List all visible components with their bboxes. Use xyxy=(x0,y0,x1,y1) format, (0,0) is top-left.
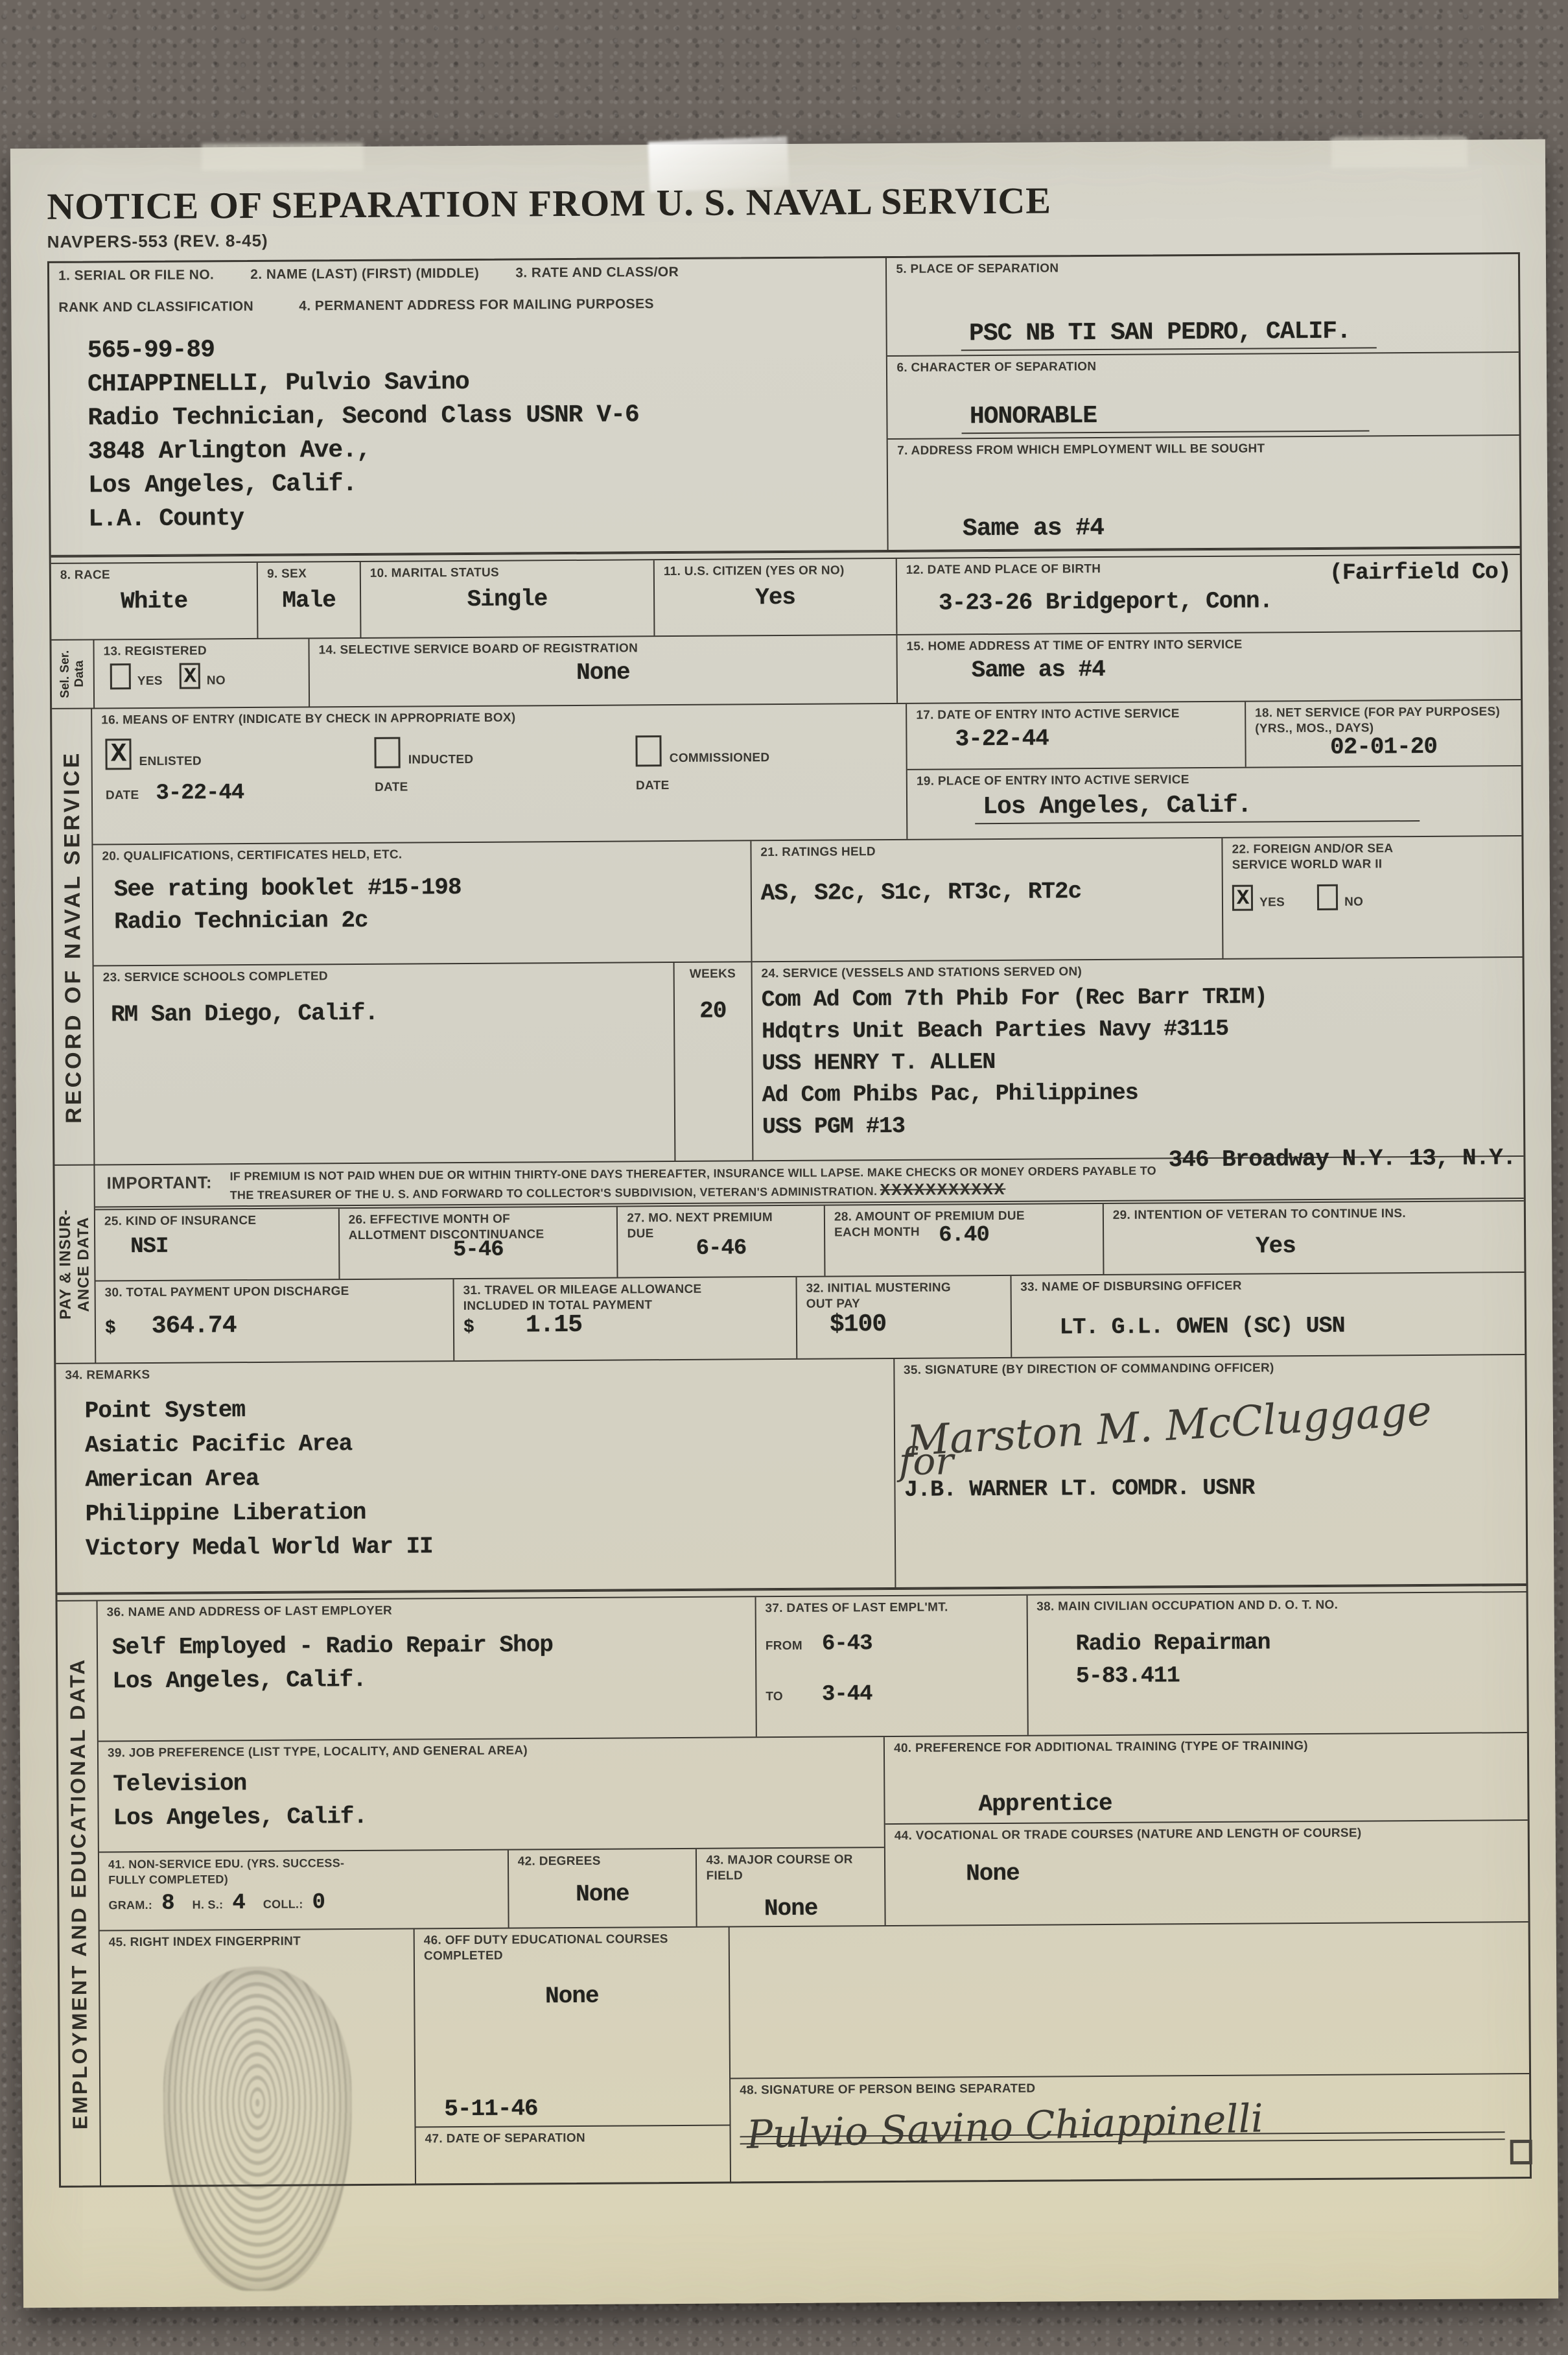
struck-out-text: XXXXXXXXXXX xyxy=(880,1180,1006,1200)
field-21-ratings: 21. RATINGS HELD AS, S2c, S1c, RT3c, RT2… xyxy=(750,838,1222,961)
value-11-citizen: Yes xyxy=(664,584,887,611)
field-23-schools: 23. SERVICE SCHOOLS COMPLETED RM San Die… xyxy=(94,963,675,1164)
label-no: NO xyxy=(207,673,226,689)
label-27: 27. MO. NEXT PREMIUM xyxy=(627,1210,815,1227)
value-24-line2: Hdqtrs Unit Beach Parties Navy #3115 xyxy=(762,1012,1514,1048)
label-hs: H. S.: xyxy=(193,1897,224,1912)
dollar-sign-30: $ xyxy=(105,1318,115,1338)
value-44: None xyxy=(895,1857,1519,1888)
means-inducted: INDUCTED DATE xyxy=(375,735,637,804)
field-29-intention: 29. INTENTION OF VETERAN TO CONTINUE INS… xyxy=(1103,1201,1525,1274)
value-5-place: PSC NB TI SAN PEDRO, CALIF. xyxy=(961,317,1377,351)
label-commissioned: COMMISSIONED xyxy=(670,750,770,766)
label-22: 22. FOREIGN AND/OR SEA xyxy=(1232,840,1513,858)
value-30: 364.74 xyxy=(152,1312,237,1340)
label-inducted: INDUCTED xyxy=(408,752,474,768)
label-22-no: NO xyxy=(1344,895,1363,910)
label-coll: COLL.: xyxy=(263,1897,303,1912)
value-county: L.A. County xyxy=(88,498,878,536)
field-1-4-block: 1. SERIAL OR FILE NO. 2. NAME (LAST) (FI… xyxy=(49,258,887,555)
label-11: 11. U.S. CITIZEN (YES OR NO) xyxy=(664,563,887,580)
label-gram: GRAM.: xyxy=(108,1897,152,1913)
value-15-home: Same as #4 xyxy=(907,654,1512,684)
section-selective-service: Sel. Ser. Data 13. REGISTERED YES X NO 1… xyxy=(51,632,1521,709)
important-text-2: THE TREASURER OF THE U. S. AND FORWARD T… xyxy=(230,1185,878,1201)
field-13-registered: 13. REGISTERED YES X NO xyxy=(94,639,309,707)
value-31: 1.15 xyxy=(526,1311,582,1340)
value-20-line2: Radio Technician 2c xyxy=(102,902,742,938)
value-6-character: HONORABLE xyxy=(962,400,1370,434)
value-46: None xyxy=(424,1982,720,2011)
checkbox-foreign-yes: X xyxy=(1232,885,1253,911)
remark-line: Victory Medal World War II xyxy=(86,1526,885,1566)
label-important: IMPORTANT: xyxy=(106,1168,229,1205)
value-name: CHIAPPINELLI, Pulvio Savino xyxy=(88,363,878,401)
label-22b: SERVICE WORLD WAR II xyxy=(1232,856,1513,873)
label-6: 6. CHARACTER OF SEPARATION xyxy=(896,357,1510,376)
value-39-line2: Los Angeles, Calif. xyxy=(108,1797,874,1835)
field-37-dates: 37. DATES OF LAST EMPL'MT. FROM 6-43 TO … xyxy=(755,1596,1027,1737)
field-39-job-preference: 39. JOB PREFERENCE (LIST TYPE, LOCALITY,… xyxy=(99,1737,884,1851)
field-46-offduty: 46. OFF DUTY EDUCATIONAL COURSES COMPLET… xyxy=(415,1928,730,2127)
value-12-birth: 3-23-26 Bridgeport, Conn. xyxy=(906,586,1511,617)
field-6-character: 6. CHARACTER OF SEPARATION HONORABLE xyxy=(887,353,1519,440)
section-remarks: 34. REMARKS Point System Asiatic Pacific… xyxy=(56,1355,1526,1594)
field-12-birth: 12. DATE AND PLACE OF BIRTH (Fairfield C… xyxy=(896,555,1521,634)
employment-sidebar-text: EMPLOYMENT AND EDUCATIONAL DATA xyxy=(65,1657,92,2129)
value-serial: 565-99-89 xyxy=(88,329,878,368)
value-40: Apprentice xyxy=(894,1788,1518,1819)
label-8: 8. RACE xyxy=(60,567,248,584)
value-19: Los Angeles, Calif. xyxy=(975,790,1420,824)
value-36-line2: Los Angeles, Calif. xyxy=(107,1661,746,1698)
label-serial: 1. SERIAL OR FILE NO. xyxy=(58,266,214,284)
value-29: Yes xyxy=(1113,1231,1515,1260)
field-47-date-of-separation: 47. DATE OF SEPARATION xyxy=(416,2125,731,2184)
checkbox-inducted xyxy=(375,737,401,768)
value-39-line1: Television xyxy=(108,1763,874,1801)
sidebar-sel-ser-data: Sel. Ser. Data xyxy=(51,640,95,707)
dollar-sign-31: $ xyxy=(463,1318,474,1338)
field-5-place-of-separation: 5. PLACE OF SEPARATION PSC NB TI SAN PED… xyxy=(887,254,1518,357)
label-41b: FULLY COMPLETED) xyxy=(108,1870,498,1888)
value-35-typed-name: J.B. WARNER LT. COMDR. USNR xyxy=(904,1473,1517,1503)
field-42-degrees: 42. DEGREES None xyxy=(508,1849,696,1928)
value-36-line1: Self Employed - Radio Repair Shop xyxy=(107,1627,746,1664)
field-27-next-premium: 27. MO. NEXT PREMIUM DUE 6-46 xyxy=(616,1206,824,1277)
field-8-race: 8. RACE White xyxy=(51,563,257,639)
value-42: None xyxy=(518,1880,687,1908)
pay-sidebar-line2: ANCE DATA xyxy=(75,1216,93,1312)
label-34: 34. REMARKS xyxy=(65,1363,884,1384)
value-47-date: 5-11-46 xyxy=(425,2094,720,2123)
value-7-address: Same as #4 xyxy=(898,512,1511,546)
label-43: 43. MAJOR COURSE OR FIELD xyxy=(706,1852,875,1884)
remark-line: Asiatic Pacific Area xyxy=(85,1423,885,1463)
means-enlisted: X ENLISTED DATE 3-22-44 xyxy=(105,737,375,807)
remark-line: Philippine Liberation xyxy=(86,1492,885,1532)
label-30: 30. TOTAL PAYMENT UPON DISCHARGE xyxy=(105,1283,444,1301)
field-36-employer: 36. NAME AND ADDRESS OF LAST EMPLOYER Se… xyxy=(98,1597,756,1740)
field-15-home-address: 15. HOME ADDRESS AT TIME OF ENTRY INTO S… xyxy=(896,632,1521,703)
field-28-premium-amount: 28. AMOUNT OF PREMIUM DUE EACH MONTH 6.4… xyxy=(824,1204,1103,1276)
field-19-entry-place: 19. PLACE OF ENTRY INTO ACTIVE SERVICE L… xyxy=(907,766,1521,839)
label-date-2: DATE xyxy=(375,781,408,794)
page-corner-mark xyxy=(1510,2140,1532,2164)
field-18-net-service: 18. NET SERVICE (FOR PAY PURPOSES) (YRS.… xyxy=(1245,700,1521,767)
value-weeks: 20 xyxy=(684,997,742,1024)
value-overlay-address: 346 Broadway N.Y. 13, N.Y. xyxy=(1169,1144,1516,1173)
value-38-line1: Radio Repairman xyxy=(1036,1625,1517,1661)
label-enlisted: ENLISTED xyxy=(139,753,202,770)
label-26: 26. EFFECTIVE MONTH OF xyxy=(349,1211,608,1228)
checkbox-commissioned xyxy=(636,735,662,766)
checkbox-enlisted: X xyxy=(105,739,131,770)
label-weeks: WEEKS xyxy=(683,966,742,982)
section-naval-service: RECORD OF NAVAL SERVICE 16. MEANS OF ENT… xyxy=(52,700,1523,1166)
label-yes: YES xyxy=(137,674,163,689)
value-24-line5: USS PGM #13 xyxy=(762,1107,1514,1143)
value-enlisted-date: 3-22-44 xyxy=(156,781,244,806)
label-18: 18. NET SERVICE (FOR PAY PURPOSES) xyxy=(1255,704,1512,721)
field-33-disbursing-officer: 33. NAME OF DISBURSING OFFICER LT. G.L. … xyxy=(1010,1273,1525,1357)
label-42: 42. DEGREES xyxy=(518,1853,687,1870)
value-from: 6-43 xyxy=(822,1631,872,1656)
value-24-line4: Ad Com Phibs Pac, Philippines xyxy=(762,1075,1514,1111)
document-title: NOTICE OF SEPARATION FROM U. S. NAVAL SE… xyxy=(47,176,1519,228)
sidebar-employment-educational-data: EMPLOYMENT AND EDUCATIONAL DATA xyxy=(58,1601,102,2185)
field-9-sex: 9. SEX Male xyxy=(257,562,360,638)
field-10-marital: 10. MARITAL STATUS Single xyxy=(360,560,654,637)
label-46: 46. OFF DUTY EDUCATIONAL COURSES COMPLET… xyxy=(424,1932,720,1965)
label-17: 17. DATE OF ENTRY INTO ACTIVE SERVICE xyxy=(916,706,1235,724)
value-gram: 8 xyxy=(161,1891,174,1916)
field-38-occupation: 38. MAIN CIVILIAN OCCUPATION AND D. O. T… xyxy=(1026,1592,1527,1735)
checkbox-foreign-no xyxy=(1317,884,1338,910)
value-to: 3-44 xyxy=(822,1682,872,1707)
value-city: Los Angeles, Calif. xyxy=(88,464,878,503)
value-20-line1: See rating booklet #15-198 xyxy=(102,870,742,906)
field-31-travel: 31. TRAVEL OR MILEAGE ALLOWANCE INCLUDED… xyxy=(453,1277,797,1360)
label-9: 9. SEX xyxy=(267,566,351,582)
value-9-sex: Male xyxy=(267,587,351,614)
value-18: 02-01-20 xyxy=(1255,733,1512,761)
label-31: 31. TRAVEL OR MILEAGE ALLOWANCE xyxy=(463,1281,787,1299)
label-25: 25. KIND OF INSURANCE xyxy=(104,1213,329,1229)
section-demographics: 8. RACE White 9. SEX Male 10. MARITAL ST… xyxy=(51,555,1521,641)
label-36: 36. NAME AND ADDRESS OF LAST EMPLOYER xyxy=(107,1601,746,1620)
label-41: 41. NON-SERVICE EDU. (YRS. SUCCESS- xyxy=(108,1854,498,1873)
fingerprint-image xyxy=(163,1966,353,2291)
label-45: 45. RIGHT INDEX FINGERPRINT xyxy=(109,1934,404,1951)
tape-mark xyxy=(1331,136,1468,168)
section-identity: 1. SERIAL OR FILE NO. 2. NAME (LAST) (FI… xyxy=(49,254,1520,556)
checkbox-registered-no: X xyxy=(180,663,200,689)
value-14-board: None xyxy=(319,657,887,687)
value-21: AS, S2c, S1c, RT3c, RT2c xyxy=(761,877,1213,906)
value-24-line3: USS HENRY T. ALLEN xyxy=(762,1043,1514,1080)
label-38: 38. MAIN CIVILIAN OCCUPATION AND D. O. T… xyxy=(1036,1596,1517,1615)
label-14: 14. SELECTIVE SERVICE BOARD OF REGISTRAT… xyxy=(319,639,887,658)
label-rate: 3. RATE AND CLASS/OR xyxy=(515,263,679,282)
label-23: 23. SERVICE SCHOOLS COMPLETED xyxy=(103,967,664,986)
sidebar-pay-insurance-data: PAY & INSUR- ANCE DATA xyxy=(54,1165,96,1362)
sidebar-record-of-naval-service: RECORD OF NAVAL SERVICE xyxy=(52,709,95,1165)
checkbox-registered-yes xyxy=(110,663,131,689)
label-35: 35. SIGNATURE (BY DIRECTION OF COMMANDIN… xyxy=(904,1359,1516,1379)
label-32: 32. INITIAL MUSTERING xyxy=(806,1280,1001,1297)
sel-ser-line2: Data xyxy=(73,661,87,687)
field-16-means-of-entry: 16. MEANS OF ENTRY (INDICATE BY CHECK IN… xyxy=(92,704,906,844)
label-date-3: DATE xyxy=(636,779,670,792)
value-17: 3-22-44 xyxy=(916,724,1235,753)
value-25: NSI xyxy=(104,1233,329,1259)
field-20-qualifications: 20. QUALIFICATIONS, CERTIFICATES HELD, E… xyxy=(93,841,751,965)
label-39: 39. JOB PREFERENCE (LIST TYPE, LOCALITY,… xyxy=(108,1741,874,1761)
field-17-entry-date: 17. DATE OF ENTRY INTO ACTIVE SERVICE 3-… xyxy=(907,702,1245,769)
field-41-education: 41. NON-SERVICE EDU. (YRS. SUCCESS- FULL… xyxy=(99,1851,508,1930)
tape-mark xyxy=(202,143,364,171)
field-45-fingerprint: 45. RIGHT INDEX FINGERPRINT xyxy=(100,1930,415,2186)
label-10: 10. MARITAL STATUS xyxy=(370,564,644,582)
value-8-race: White xyxy=(60,587,248,615)
value-33: LT. G.L. OWEN (SC) USN xyxy=(1020,1312,1515,1341)
value-rate: Radio Technician, Second Class USNR V-6 xyxy=(88,397,878,435)
label-29: 29. INTENTION OF VETERAN TO CONTINUE INS… xyxy=(1113,1205,1515,1224)
label-21: 21. RATINGS HELD xyxy=(760,842,1212,860)
label-12: 12. DATE AND PLACE OF BIRTH xyxy=(906,562,1101,578)
label-16: 16. MEANS OF ENTRY (INDICATE BY CHECK IN… xyxy=(101,708,896,728)
sel-ser-line1: Sel. Ser. xyxy=(58,650,73,698)
label-from: FROM xyxy=(766,1639,802,1654)
means-commissioned: COMMISSIONED DATE xyxy=(636,734,898,803)
field-43-major: 43. MAJOR COURSE OR FIELD None xyxy=(696,1848,884,1926)
section-insurance: PAY & INSUR- ANCE DATA IMPORTANT: IF PRE… xyxy=(54,1157,1525,1364)
label-19: 19. PLACE OF ENTRY INTO ACTIVE SERVICE xyxy=(917,770,1512,790)
value-10-marital: Single xyxy=(370,585,644,613)
label-5: 5. PLACE OF SEPARATION xyxy=(896,258,1509,278)
value-43: None xyxy=(707,1895,876,1923)
field-40-training: 40. PREFERENCE FOR ADDITIONAL TRAINING (… xyxy=(885,1733,1528,1825)
field-25-kind: 25. KIND OF INSURANCE NSI xyxy=(95,1209,338,1280)
label-date-1: DATE xyxy=(106,788,139,803)
label-15: 15. HOME ADDRESS AT TIME OF ENTRY INTO S… xyxy=(906,635,1511,655)
label-7: 7. ADDRESS FROM WHICH EMPLOYMENT WILL BE… xyxy=(897,440,1510,459)
label-24: 24. SERVICE (VESSELS AND STATIONS SERVED… xyxy=(761,962,1513,982)
label-44: 44. VOCATIONAL OR TRADE COURSES (NATURE … xyxy=(895,1825,1519,1844)
label-37: 37. DATES OF LAST EMPL'MT. xyxy=(765,1600,1017,1616)
field-48-person-signature: 48. SIGNATURE OF PERSON BEING SEPARATED … xyxy=(731,2073,1530,2182)
section-employment: EMPLOYMENT AND EDUCATIONAL DATA 36. NAME… xyxy=(58,1592,1530,2186)
field-23-weeks: WEEKS 20 xyxy=(673,962,752,1161)
field-26-effective-month: 26. EFFECTIVE MONTH OF ALLOTMENT DISCONT… xyxy=(338,1207,617,1279)
label-name: 2. NAME (LAST) (FIRST) (MIDDLE) xyxy=(250,265,479,283)
sidebar-text: RECORD OF NAVAL SERVICE xyxy=(59,750,87,1123)
value-coll: 0 xyxy=(312,1890,325,1915)
scanned-photo-of-document: { "form": { "title": "NOTICE OF SEPARATI… xyxy=(0,0,1568,2355)
field-44-courses: 44. VOCATIONAL OR TRADE COURSES (NATURE … xyxy=(885,1821,1528,1925)
field-30-total-payment: 30. TOTAL PAYMENT UPON DISCHARGE $ 364.7… xyxy=(96,1279,454,1362)
value-street: 3848 Arlington Ave., xyxy=(88,431,878,469)
paper-document: NOTICE OF SEPARATION FROM U. S. NAVAL SE… xyxy=(10,139,1558,2308)
label-13: 13. REGISTERED xyxy=(104,643,299,660)
value-38-line2: 5-83.411 xyxy=(1037,1657,1518,1693)
field-34-remarks: 34. REMARKS Point System Asiatic Pacific… xyxy=(56,1359,895,1592)
form-number: NAVPERS-553 (REV. 8-45) xyxy=(47,223,1520,252)
value-hs: 4 xyxy=(232,1891,245,1915)
label-22-yes: YES xyxy=(1259,895,1285,910)
separation-form: 1. SERIAL OR FILE NO. 2. NAME (LAST) (FI… xyxy=(47,252,1532,2188)
remark-line: American Area xyxy=(85,1458,885,1497)
value-12-birth-note: (Fairfield Co) xyxy=(1329,559,1511,586)
field-11-citizen: 11. U.S. CITIZEN (YES OR NO) Yes xyxy=(653,559,896,635)
value-27: 6-46 xyxy=(627,1236,815,1262)
label-47: 47. DATE OF SEPARATION xyxy=(425,2130,721,2148)
signature-chiappinelli: Pulvio Savino Chiappinelli xyxy=(746,2087,1521,2158)
label-to: TO xyxy=(766,1689,783,1705)
label-20: 20. QUALIFICATIONS, CERTIFICATES HELD, E… xyxy=(102,845,741,864)
remark-line: Point System xyxy=(85,1389,885,1428)
field-24-service-vessels: 24. SERVICE (VESSELS AND STATIONS SERVED… xyxy=(751,958,1523,1160)
field-14-board: 14. SELECTIVE SERVICE BOARD OF REGISTRAT… xyxy=(308,635,896,707)
value-23: RM San Diego, Calif. xyxy=(103,998,664,1028)
value-24-line1: Com Ad Com 7th Phib For (Rec Barr TRIM) xyxy=(762,980,1514,1016)
label-40: 40. PREFERENCE FOR ADDITIONAL TRAINING (… xyxy=(894,1737,1518,1757)
field-22-foreign-service: 22. FOREIGN AND/OR SEA SERVICE WORLD WAR… xyxy=(1222,836,1523,958)
pay-sidebar-line1: PAY & INSUR- xyxy=(56,1209,75,1320)
field-35-signature: 35. SIGNATURE (BY DIRECTION OF COMMANDIN… xyxy=(893,1355,1527,1587)
field-7-employment-address: 7. ADDRESS FROM WHICH EMPLOYMENT WILL BE… xyxy=(888,436,1520,550)
field-32-mustering-pay: 32. INITIAL MUSTERING OUT PAY $100 xyxy=(795,1276,1010,1358)
label-33: 33. NAME OF DISBURSING OFFICER xyxy=(1020,1277,1515,1296)
label-rate-cont: RANK AND CLASSIFICATION xyxy=(58,298,253,316)
value-32: $100 xyxy=(806,1310,1001,1339)
label-address: 4. PERMANENT ADDRESS FOR MAILING PURPOSE… xyxy=(299,295,654,314)
